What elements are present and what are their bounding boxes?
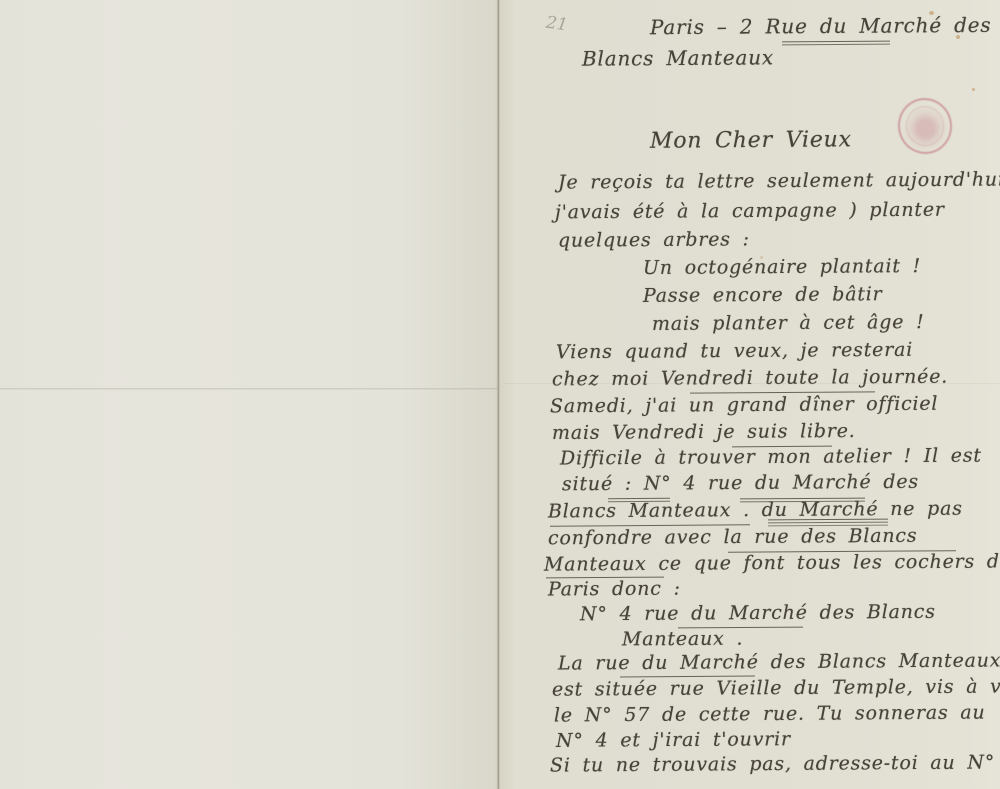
verse-line: mais planter à cet âge !	[652, 311, 925, 335]
address-line: Manteaux .	[622, 628, 743, 651]
heading-line: Paris – 2 Rue du Marché des	[650, 13, 992, 39]
letter-line: chez moi Vendredi toute la journée.	[552, 366, 948, 391]
right-page: 21 Paris – 2 Rue du Marché des Blancs Ma…	[500, 0, 1000, 789]
letter-line: j'avais été à la campagne ) planter	[555, 199, 945, 224]
collection-stamp-inner-ring	[902, 102, 947, 149]
collection-stamp-icon	[893, 93, 957, 159]
letter-line: Si tu ne trouvais pas, adresse-toi au N°	[550, 751, 995, 776]
letter-line: Difficile à trouver mon atelier ! Il est	[560, 445, 982, 470]
foxing-speck	[972, 88, 975, 91]
letter-line: mais Vendredi je suis libre.	[552, 420, 856, 444]
horizontal-fold-crease-left	[0, 388, 497, 391]
underline-stroke	[782, 41, 890, 43]
center-fold-crease	[497, 0, 501, 789]
letter-line: est située rue Vieille du Temple, vis à …	[552, 675, 1000, 700]
pencil-page-number: 21	[545, 13, 569, 36]
foxing-speck	[929, 11, 934, 15]
letter-line: Paris donc :	[548, 578, 681, 601]
letter-line: Blancs Manteaux . du Marché ne pas	[548, 498, 963, 523]
foxing-speck	[760, 256, 763, 259]
letter-line: Samedi, j'ai un grand dîner officiel	[550, 393, 938, 418]
foxing-speck	[956, 35, 960, 39]
letter-line: quelques arbres :	[558, 228, 750, 251]
verse-line: Passe encore de bâtir	[643, 283, 883, 307]
letter-line: confondre avec la rue des Blancs	[548, 525, 918, 550]
letter-line: N° 4 et j'irai t'ouvrir	[556, 728, 791, 752]
letter-line: Manteaux ce que font tous les cochers de	[544, 550, 1000, 575]
letter-scan: 21 Paris – 2 Rue du Marché des Blancs Ma…	[0, 0, 1000, 789]
verse-line: Un octogénaire plantait !	[643, 255, 921, 279]
letter-line: Viens quand tu veux, je resterai	[556, 339, 913, 363]
letter-line: Je reçois ta lettre seulement aujourd'hu…	[558, 168, 1000, 193]
salutation: Mon Cher Vieux	[650, 127, 852, 153]
letter-line: situé : N° 4 rue du Marché des	[562, 471, 919, 495]
heading-line: Blancs Manteaux	[582, 45, 774, 70]
letter-line: La rue du Marché des Blancs Manteaux	[558, 649, 1000, 674]
left-page-blank	[0, 0, 500, 789]
address-line: N° 4 rue du Marché des Blancs	[580, 601, 936, 625]
horizontal-fold-crease-right	[503, 383, 1000, 385]
letter-line: le N° 57 de cette rue. Tu sonneras au	[554, 701, 986, 726]
